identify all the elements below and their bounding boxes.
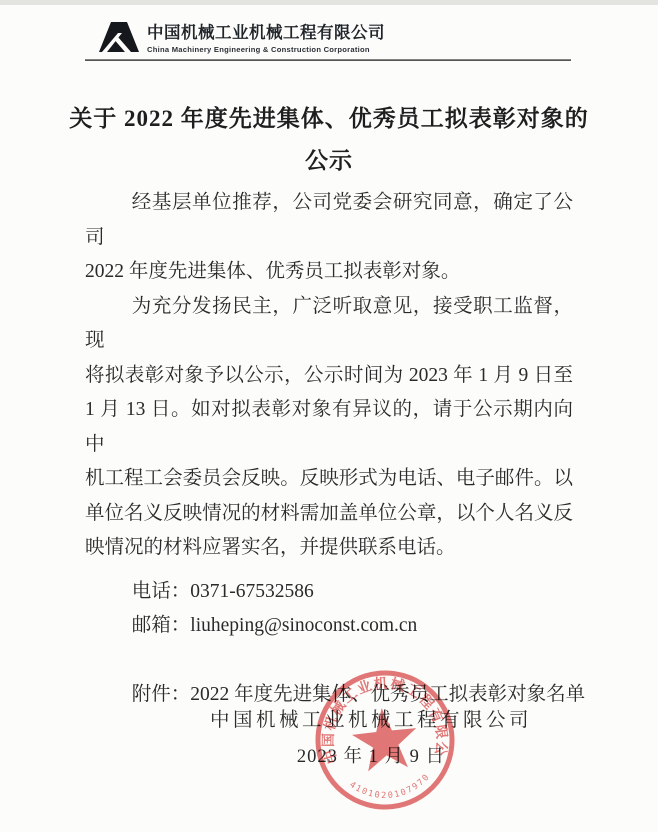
phone-line: 电话：0371-67532586 [85,575,573,610]
body-line: 单位名义反映情况的材料需加盖单位公章，以个人名义反 [85,497,573,532]
body-line: 1 月 13 日。如对拟表彰对象有异议的，请于公示期内向中 [85,393,573,462]
letterhead: 中国机械工业机械工程有限公司 China Machinery Engineeri… [99,21,385,56]
letterhead-text: 中国机械工业机械工程有限公司 China Machinery Engineeri… [147,21,385,55]
svg-text:4101020107970: 4101020107970 [347,771,435,805]
scanned-announcement-page: 中国机械工业机械工程有限公司 China Machinery Engineeri… [0,0,658,832]
letterhead-rule [85,59,571,61]
body-line: 为充分发扬民主，广泛听取意见，接受职工监督，现 [85,290,573,359]
signature-block: 中国机械工业机械工程有限公司 2023 年 1 月 9 日 [170,706,572,772]
body-line: 2022 年度先进集体、优秀员工拟表彰对象。 [85,255,573,290]
seal-serial-number: 4101020107970 [347,771,435,805]
scan-edge-artifact [0,0,658,5]
document-title: 关于 2022 年度先进集体、优秀员工拟表彰对象的 公示 [0,98,658,182]
body-line: 映情况的材料应署实名，并提供联系电话。 [85,531,573,566]
company-name-cn: 中国机械工业机械工程有限公司 [147,23,385,43]
signature-date: 2023 年 1 月 9 日 [170,742,572,772]
company-name-en: China Machinery Engineering & Constructi… [147,45,385,55]
email-line: 邮箱：liuheping@sinoconst.com.cn [85,609,573,644]
body-line: 经基层单位推荐，公司党委会研究同意，确定了公司 [85,186,573,255]
signature-company: 中国机械工业机械工程有限公司 [170,706,572,736]
document-body: 经基层单位推荐，公司党委会研究同意，确定了公司 2022 年度先进集体、优秀员工… [85,186,573,712]
title-line-1: 关于 2022 年度先进集体、优秀员工拟表彰对象的 [0,98,658,140]
title-line-2: 公示 [0,140,658,182]
body-line: 机工程工会委员会反映。反映形式为电话、电子邮件。以 [85,462,573,497]
company-logo-icon [99,21,139,56]
body-line: 将拟表彰对象予以公示，公示时间为 2023 年 1 月 9 日至 [85,359,573,394]
